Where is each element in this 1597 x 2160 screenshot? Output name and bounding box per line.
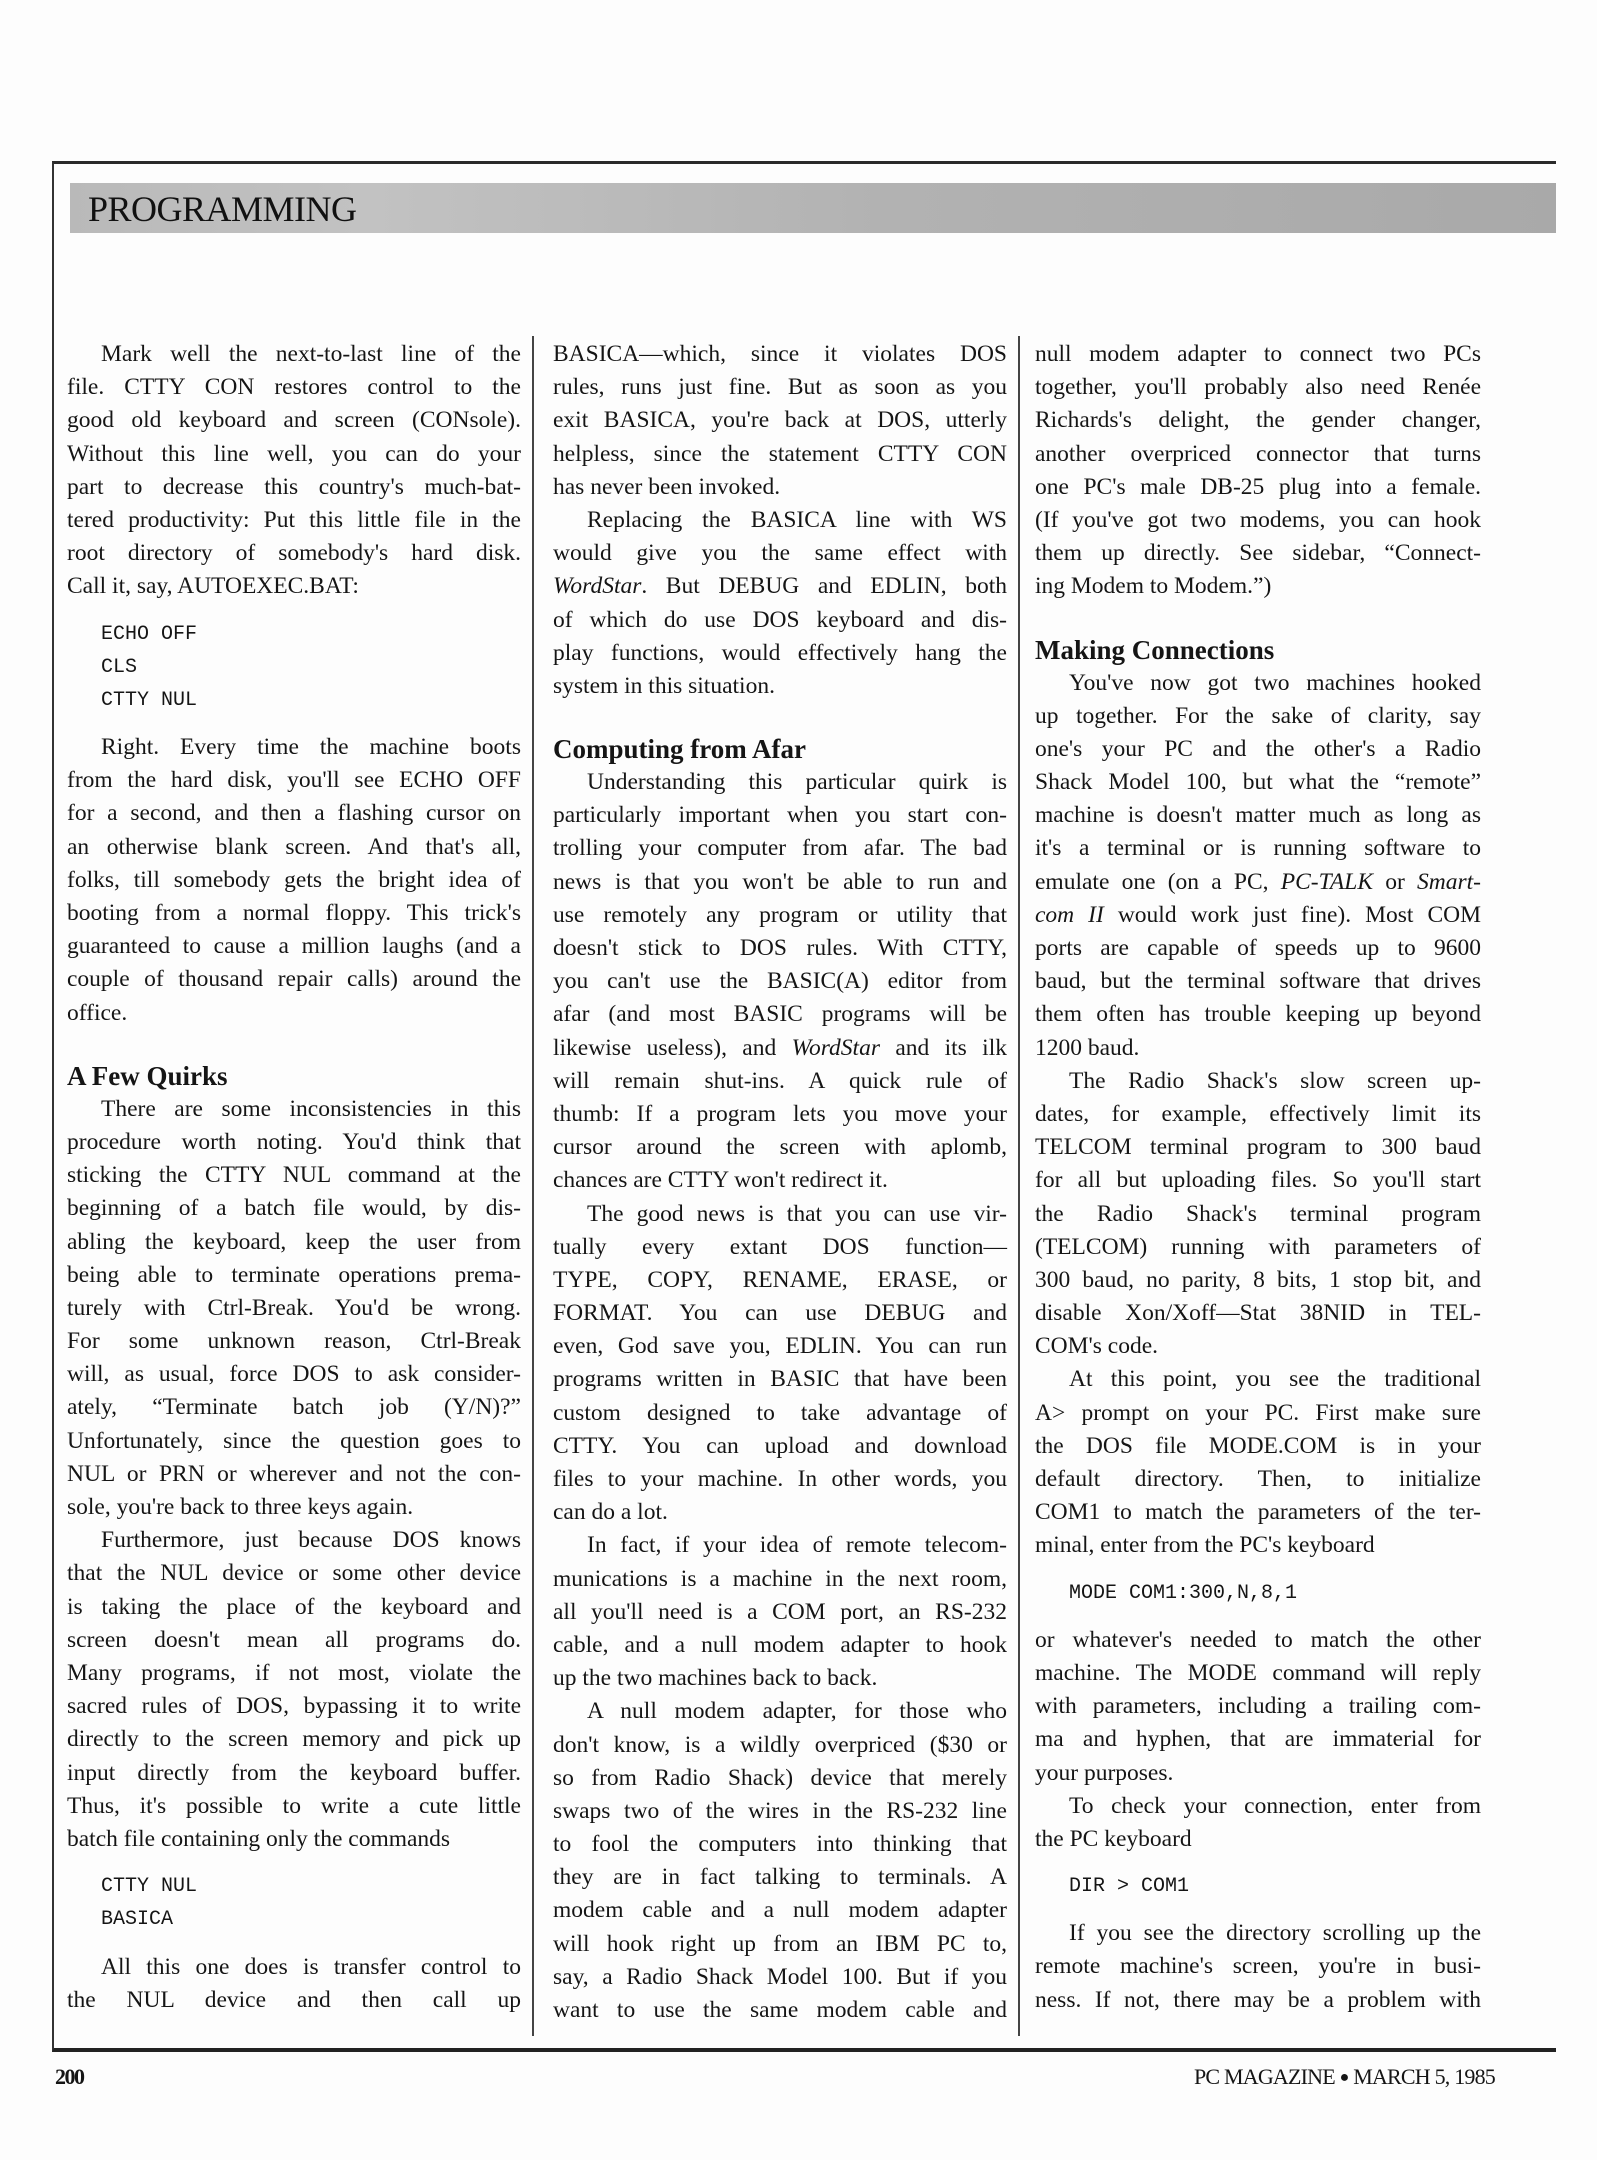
text-line: Shack Model 100, but what the “remote” (1035, 766, 1481, 799)
text-line: A null modem adapter, for those who (553, 1695, 1007, 1728)
text-line: has never been invoked. (553, 471, 1007, 504)
text-line: sacred rules of DOS, bypassing it to wri… (67, 1690, 521, 1723)
text-line: Many programs, if not most, violate the (67, 1657, 521, 1690)
text-line: files to your machine. In other words, y… (553, 1463, 1007, 1496)
paragraph: A null modem adapter, for those whodon't… (553, 1695, 1007, 2027)
text-line: beginning of a batch file would, by dis- (67, 1192, 521, 1225)
article-column-3: null modem adapter to connect two PCstog… (1035, 338, 1481, 2017)
text-line: ing Modem to Modem.”) (1035, 570, 1481, 603)
text-line: machine is doesn't matter much as long a… (1035, 799, 1481, 832)
paragraph: There are some inconsistencies in thispr… (67, 1093, 521, 1524)
text-line: Understanding this particular quirk is (553, 766, 1007, 799)
bullet-separator-icon: ● (1340, 2069, 1349, 2086)
text-line: baud, but the terminal software that dri… (1035, 965, 1481, 998)
text-line: trolling your computer from afar. The ba… (553, 832, 1007, 865)
code-line: BASICA (67, 1903, 521, 1936)
text-line: say, a Radio Shack Model 100. But if you (553, 1961, 1007, 1994)
text-line: default directory. Then, to initialize (1035, 1463, 1481, 1496)
text-line: chances are CTTY won't redirect it. (553, 1164, 1007, 1197)
text-line: particularly important when you start co… (553, 799, 1007, 832)
text-line: screen doesn't mean all programs do. (67, 1624, 521, 1657)
text-line: of which do use DOS keyboard and dis- (553, 604, 1007, 637)
text-line: the DOS file MODE.COM is in your (1035, 1430, 1481, 1463)
text-line: tually every extant DOS function— (553, 1231, 1007, 1264)
text-line: modem cable and a null modem adapter (553, 1894, 1007, 1927)
text-line: turely with Ctrl-Break. You'd be wrong. (67, 1292, 521, 1325)
paragraph: null modem adapter to connect two PCstog… (1035, 338, 1481, 604)
text-line: Mark well the next-to-last line of the (67, 338, 521, 371)
section-heading: Computing from Afar (553, 733, 1007, 766)
text-line: COM1 to match the parameters of the ter- (1035, 1496, 1481, 1529)
article-column-2: BASICA—which, since it violates DOSrules… (553, 338, 1007, 2027)
text-line: Call it, say, AUTOEXEC.BAT: (67, 570, 521, 603)
text-line: (TELCOM) running with parameters of (1035, 1231, 1481, 1264)
code-line: CTTY NUL (67, 1870, 521, 1903)
text-line: is taking the place of the keyboard and (67, 1591, 521, 1624)
text-line: the PC keyboard (1035, 1823, 1481, 1856)
text-line: BASICA—which, since it violates DOS (553, 338, 1007, 371)
text-line: sticking the CTTY NUL command at the (67, 1159, 521, 1192)
code-listing: DIR > COM1 (1035, 1870, 1481, 1903)
text-line: up together. For the sake of clarity, sa… (1035, 700, 1481, 733)
paragraph: If you see the directory scrolling up th… (1035, 1917, 1481, 2017)
text-line: Without this line well, you can do your (67, 438, 521, 471)
text-line: abling the keyboard, keep the user from (67, 1226, 521, 1259)
text-line: ness. If not, there may be a problem wit… (1035, 1984, 1481, 2017)
text-line: munications is a machine in the next roo… (553, 1563, 1007, 1596)
text-line: There are some inconsistencies in this (67, 1093, 521, 1126)
paragraph: Mark well the next-to-last line of thefi… (67, 338, 521, 604)
text-line: root directory of somebody's hard disk. (67, 537, 521, 570)
paragraph: The good news is that you can use vir-tu… (553, 1198, 1007, 1530)
code-line: DIR > COM1 (1035, 1870, 1481, 1903)
text-line: Richards's delight, the gender changer, (1035, 404, 1481, 437)
text-line: All this one does is transfer control to (67, 1951, 521, 1984)
text-line: good old keyboard and screen (CONsole). (67, 404, 521, 437)
text-line: couple of thousand repair calls) around … (67, 963, 521, 996)
text-line: together, you'll probably also need René… (1035, 371, 1481, 404)
text-line: them often has trouble keeping up beyond (1035, 998, 1481, 1031)
text-line: null modem adapter to connect two PCs (1035, 338, 1481, 371)
paragraph: In fact, if your idea of remote telecom-… (553, 1529, 1007, 1695)
text-line: In fact, if your idea of remote telecom- (553, 1529, 1007, 1562)
text-line: Furthermore, just because DOS knows (67, 1524, 521, 1557)
text-line: all you'll need is a COM port, an RS-232 (553, 1596, 1007, 1629)
text-line: that the NUL device or some other device (67, 1557, 521, 1590)
text-line: afar (and most BASIC programs will be (553, 998, 1007, 1031)
text-line: another overpriced connector that turns (1035, 438, 1481, 471)
text-line: helpless, since the statement CTTY CON (553, 438, 1007, 471)
code-line: ECHO OFF (67, 618, 521, 651)
text-line: disable Xon/Xoff—Stat 38NID in TEL- (1035, 1297, 1481, 1330)
text-line: guaranteed to cause a million laughs (an… (67, 930, 521, 963)
section-label: PROGRAMMING (88, 190, 357, 228)
text-line: At this point, you see the traditional (1035, 1363, 1481, 1396)
section-heading: A Few Quirks (67, 1060, 521, 1093)
paragraph: To check your connection, enter fromthe … (1035, 1790, 1481, 1856)
issue-date: MARCH 5, 1985 (1353, 2064, 1495, 2089)
text-line: want to use the same modem cable and (553, 1994, 1007, 2027)
text-line: ma and hyphen, that are immaterial for (1035, 1723, 1481, 1756)
text-line: CTTY. You can upload and download (553, 1430, 1007, 1463)
page-number: 200 (55, 2064, 84, 2090)
text-line: it's a terminal or is running software t… (1035, 832, 1481, 865)
text-line: TELCOM terminal program to 300 baud (1035, 1131, 1481, 1164)
paragraph: or whatever's needed to match the otherm… (1035, 1624, 1481, 1790)
text-line: being able to terminate operations prema… (67, 1259, 521, 1292)
text-line: NUL or PRN or wherever and not the con- (67, 1458, 521, 1491)
column-divider (532, 336, 534, 2036)
text-line: for all but uploading files. So you'll s… (1035, 1164, 1481, 1197)
code-listing: MODE COM1:300,N,8,1 (1035, 1577, 1481, 1610)
text-line: don't know, is a wildly overpriced ($30 … (553, 1729, 1007, 1762)
text-line: even, God save you, EDLIN. You can run (553, 1330, 1007, 1363)
text-line: from the hard disk, you'll see ECHO OFF (67, 764, 521, 797)
text-line: To check your connection, enter from (1035, 1790, 1481, 1823)
text-line: cursor around the screen with aplomb, (553, 1131, 1007, 1164)
text-line: rules, runs just fine. But as soon as yo… (553, 371, 1007, 404)
text-line: directly to the screen memory and pick u… (67, 1723, 521, 1756)
text-line: the Radio Shack's terminal program (1035, 1198, 1481, 1231)
section-header-band: PROGRAMMING (70, 183, 1556, 233)
text-line: A> prompt on your PC. First make sure (1035, 1397, 1481, 1430)
text-line: news is that you won't be able to run an… (553, 866, 1007, 899)
text-line: your purposes. (1035, 1757, 1481, 1790)
text-line: would give you the same effect with (553, 537, 1007, 570)
text-line: Right. Every time the machine boots (67, 731, 521, 764)
text-line: one PC's male DB-25 plug into a female. (1035, 471, 1481, 504)
text-line: play functions, would effectively hang t… (553, 637, 1007, 670)
text-line: You've now got two machines hooked (1035, 667, 1481, 700)
text-line: tered productivity: Put this little file… (67, 504, 521, 537)
article-column-1: Mark well the next-to-last line of thefi… (67, 338, 521, 2017)
text-line: will remain shut-ins. A quick rule of (553, 1065, 1007, 1098)
paragraph: At this point, you see the traditionalA>… (1035, 1363, 1481, 1562)
text-line: you can't use the BASIC(A) editor from (553, 965, 1007, 998)
text-line: If you see the directory scrolling up th… (1035, 1917, 1481, 1950)
text-line: 300 baud, no parity, 8 bits, 1 stop bit,… (1035, 1264, 1481, 1297)
publication-footer: PC MAGAZINE ● MARCH 5, 1985 (1194, 2064, 1495, 2090)
text-line: system in this situation. (553, 670, 1007, 703)
paragraph: BASICA—which, since it violates DOSrules… (553, 338, 1007, 504)
text-line: office. (67, 997, 521, 1030)
text-line: WordStar. But DEBUG and EDLIN, both (553, 570, 1007, 603)
code-line: CLS (67, 651, 521, 684)
text-line: emulate one (on a PC, PC-TALK or Smart- (1035, 866, 1481, 899)
text-line: booting from a normal floppy. This trick… (67, 897, 521, 930)
paragraph: Right. Every time the machine bootsfrom … (67, 731, 521, 1030)
text-line: For some unknown reason, Ctrl-Break (67, 1325, 521, 1358)
paragraph: Furthermore, just because DOS knowsthat … (67, 1524, 521, 1856)
code-listing: ECHO OFFCLSCTTY NUL (67, 618, 521, 718)
text-line: TYPE, COPY, RENAME, ERASE, or (553, 1264, 1007, 1297)
text-line: for a second, and then a flashing cursor… (67, 797, 521, 830)
text-line: will hook right up from an IBM PC to, (553, 1928, 1007, 1961)
text-line: doesn't stick to DOS rules. With CTTY, (553, 932, 1007, 965)
text-line: folks, till somebody gets the bright ide… (67, 864, 521, 897)
text-line: (If you've got two modems, you can hook (1035, 504, 1481, 537)
text-line: custom designed to take advantage of (553, 1397, 1007, 1430)
text-line: remote machine's screen, you're in busi- (1035, 1950, 1481, 1983)
text-line: FORMAT. You can use DEBUG and (553, 1297, 1007, 1330)
text-line: the NUL device and then call up (67, 1984, 521, 2017)
paragraph: The Radio Shack's slow screen up-dates, … (1035, 1065, 1481, 1364)
text-line: The Radio Shack's slow screen up- (1035, 1065, 1481, 1098)
text-line: procedure worth noting. You'd think that (67, 1126, 521, 1159)
text-line: COM's code. (1035, 1330, 1481, 1363)
text-line: thumb: If a program lets you move your (553, 1098, 1007, 1131)
text-line: one's your PC and the other's a Radio (1035, 733, 1481, 766)
text-line: minal, enter from the PC's keyboard (1035, 1529, 1481, 1562)
code-listing: CTTY NULBASICA (67, 1870, 521, 1936)
text-line: Replacing the BASICA line with WS (553, 504, 1007, 537)
text-line: them up directly. See sidebar, “Connect- (1035, 537, 1481, 570)
paragraph: Understanding this particular quirk ispa… (553, 766, 1007, 1197)
code-line: MODE COM1:300,N,8,1 (1035, 1577, 1481, 1610)
publication-name: PC MAGAZINE (1194, 2064, 1335, 2089)
text-line: so from Radio Shack) device that merely (553, 1762, 1007, 1795)
text-line: Thus, it's possible to write a cute litt… (67, 1790, 521, 1823)
text-line: Unfortunately, since the question goes t… (67, 1425, 521, 1458)
code-line: CTTY NUL (67, 684, 521, 717)
text-line: with parameters, including a trailing co… (1035, 1690, 1481, 1723)
paragraph: All this one does is transfer control to… (67, 1951, 521, 2017)
text-line: input directly from the keyboard buffer. (67, 1757, 521, 1790)
text-line: ately, “Terminate batch job (Y/N)?” (67, 1391, 521, 1424)
text-line: The good news is that you can use vir- (553, 1198, 1007, 1231)
text-line: 1200 baud. (1035, 1032, 1481, 1065)
text-line: com II would work just fine). Most COM (1035, 899, 1481, 932)
text-line: can do a lot. (553, 1496, 1007, 1529)
text-line: they are in fact talking to terminals. A (553, 1861, 1007, 1894)
text-line: file. CTTY CON restores control to the (67, 371, 521, 404)
text-line: cable, and a null modem adapter to hook (553, 1629, 1007, 1662)
text-line: part to decrease this country's much-bat… (67, 471, 521, 504)
text-line: swaps two of the wires in the RS-232 lin… (553, 1795, 1007, 1828)
paragraph: Replacing the BASICA line with WSwould g… (553, 504, 1007, 703)
paragraph: You've now got two machines hookedup tog… (1035, 667, 1481, 1065)
text-line: likewise useless), and WordStar and its … (553, 1032, 1007, 1065)
text-line: or whatever's needed to match the other (1035, 1624, 1481, 1657)
text-line: sole, you're back to three keys again. (67, 1491, 521, 1524)
text-line: dates, for example, effectively limit it… (1035, 1098, 1481, 1131)
text-line: machine. The MODE command will reply (1035, 1657, 1481, 1690)
section-heading: Making Connections (1035, 634, 1481, 667)
text-line: ports are capable of speeds up to 9600 (1035, 932, 1481, 965)
text-line: to fool the computers into thinking that (553, 1828, 1007, 1861)
text-line: exit BASICA, you're back at DOS, utterly (553, 404, 1007, 437)
column-divider (1018, 336, 1020, 2036)
text-line: programs written in BASIC that have been (553, 1363, 1007, 1396)
text-line: will, as usual, force DOS to ask conside… (67, 1358, 521, 1391)
text-line: an otherwise blank screen. And that's al… (67, 831, 521, 864)
text-line: batch file containing only the commands (67, 1823, 521, 1856)
text-line: use remotely any program or utility that (553, 899, 1007, 932)
text-line: up the two machines back to back. (553, 1662, 1007, 1695)
